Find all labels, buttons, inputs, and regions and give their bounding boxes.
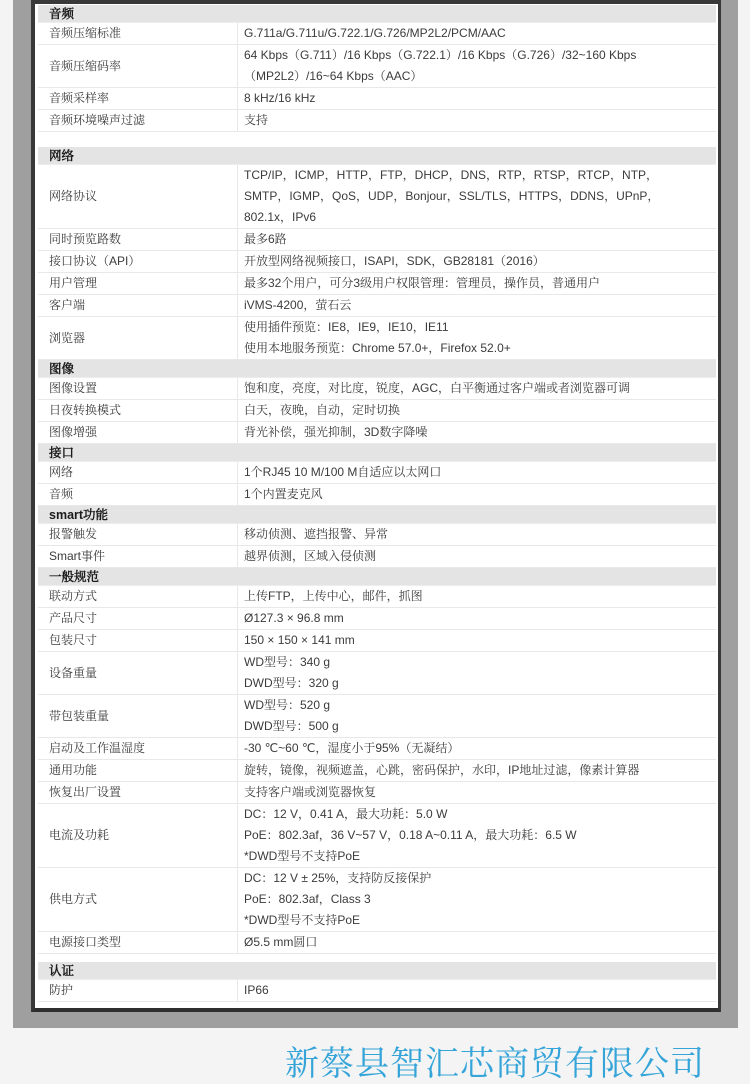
section-gap <box>38 132 716 147</box>
spec-row: 图像增强背光补偿，强光抑制，3D数字降噪 <box>38 422 716 444</box>
row-label-text: 图像设置 <box>49 378 97 399</box>
section-title: 音频 <box>49 6 74 22</box>
row-label: 启动及工作温湿度 <box>38 738 238 759</box>
spec-row: 通用功能旋转，镜像，视频遮盖，心跳，密码保护，水印，IP地址过滤，像素计算器 <box>38 760 716 782</box>
row-label: 网络协议 <box>38 165 238 228</box>
spec-row: 网络协议TCP/IP，ICMP，HTTP，FTP，DHCP，DNS，RTP，RT… <box>38 165 716 229</box>
row-value-text: WD型号：340 g DWD型号：320 g <box>244 652 339 694</box>
row-label-text: 音频 <box>49 484 73 505</box>
page: { "colors": { "mat_gray": "#9f9f9f", "fr… <box>0 0 750 1084</box>
row-label: 设备重量 <box>38 652 238 694</box>
row-value: G.711a/G.711u/G.722.1/G.726/MP2L2/PCM/AA… <box>238 23 716 44</box>
row-value-text: DC：12 V，0.41 A，最大功耗：5.0 W PoE：802.3af，36… <box>244 804 577 867</box>
section-gap <box>38 954 716 962</box>
spec-row: 电源接口类型Ø5.5 mm圆口 <box>38 932 716 954</box>
row-label: 日夜转换模式 <box>38 400 238 421</box>
row-label-text: 网络 <box>49 462 73 483</box>
row-value-text: -30 ℃~60 ℃，湿度小于95%（无凝结） <box>244 738 459 759</box>
row-value-text: 1个内置麦克风 <box>244 484 323 505</box>
spec-row: 音频压缩码率64 Kbps（G.711）/16 Kbps（G.722.1）/16… <box>38 45 716 88</box>
row-label-text: 联动方式 <box>49 586 97 607</box>
row-value: 最多32个用户，可分3级用户权限管理：管理员，操作员，普通用户 <box>238 273 716 294</box>
row-label-text: 恢复出厂设置 <box>49 782 121 803</box>
spec-row: 启动及工作温湿度-30 ℃~60 ℃，湿度小于95%（无凝结） <box>38 738 716 760</box>
row-label-text: 同时预览路数 <box>49 229 121 250</box>
row-label: Smart事件 <box>38 546 238 567</box>
spec-row: 带包装重量WD型号：520 g DWD型号：500 g <box>38 695 716 738</box>
row-label: 联动方式 <box>38 586 238 607</box>
row-value: 越界侦测，区域入侵侦测 <box>238 546 716 567</box>
row-label-text: 产品尺寸 <box>49 608 97 629</box>
spec-row: 客户端iVMS-4200，萤石云 <box>38 295 716 317</box>
section-title: 认证 <box>49 963 74 979</box>
row-label-text: 报警触发 <box>49 524 97 545</box>
row-value-text: 白天，夜晚，自动，定时切换 <box>244 400 400 421</box>
company-name: 新蔡县智汇芯商贸有限公司 <box>285 1036 705 1084</box>
row-value: Ø5.5 mm圆口 <box>238 932 716 953</box>
row-label-text: 客户端 <box>49 295 85 316</box>
row-label: 通用功能 <box>38 760 238 781</box>
row-value-text: Ø127.3 × 96.8 mm <box>244 608 344 629</box>
row-value-text: DC：12 V ± 25%，支持防反接保护 PoE：802.3af，Class … <box>244 868 431 931</box>
row-value-text: 150 × 150 × 141 mm <box>244 630 355 651</box>
row-value-text: 64 Kbps（G.711）/16 Kbps（G.722.1）/16 Kbps（… <box>244 45 702 87</box>
row-label-text: 音频压缩码率 <box>49 56 121 77</box>
spec-row: 恢复出厂设置支持客户端或浏览器恢复 <box>38 782 716 804</box>
row-value: 上传FTP，上传中心，邮件，抓图 <box>238 586 716 607</box>
row-value-text: 支持 <box>244 110 268 131</box>
row-value: 8 kHz/16 kHz <box>238 88 716 109</box>
row-label-text: 浏览器 <box>49 328 85 349</box>
row-label: 带包装重量 <box>38 695 238 737</box>
spec-row: 图像设置饱和度，亮度，对比度，锐度，AGC，白平衡通过客户端或者浏览器可调 <box>38 378 716 400</box>
row-value: iVMS-4200，萤石云 <box>238 295 716 316</box>
row-value: -30 ℃~60 ℃，湿度小于95%（无凝结） <box>238 738 716 759</box>
spec-sheet-content: 音频音频压缩标准G.711a/G.711u/G.722.1/G.726/MP2L… <box>35 4 718 1002</box>
row-label: 音频 <box>38 484 238 505</box>
spec-table: 音频音频压缩标准G.711a/G.711u/G.722.1/G.726/MP2L… <box>38 5 716 1002</box>
row-value: 背光补偿，强光抑制，3D数字降噪 <box>238 422 716 443</box>
row-label: 音频环境噪声过滤 <box>38 110 238 131</box>
section-title: 网络 <box>49 148 74 164</box>
row-label-text: 启动及工作温湿度 <box>49 738 145 759</box>
row-label-text: 接口协议（API） <box>49 251 140 272</box>
row-value: 最多6路 <box>238 229 716 250</box>
row-label: 防护 <box>38 980 238 1001</box>
row-label: 接口协议（API） <box>38 251 238 272</box>
row-value-text: 使用插件预览：IE8，IE9，IE10，IE11 使用本地服务预览：Chrome… <box>244 317 511 359</box>
row-value: WD型号：520 g DWD型号：500 g <box>238 695 716 737</box>
row-label: 客户端 <box>38 295 238 316</box>
spec-sheet-panel: 音频音频压缩标准G.711a/G.711u/G.722.1/G.726/MP2L… <box>31 0 721 1012</box>
spec-row: 防护IP66 <box>38 980 716 1002</box>
row-label: 报警触发 <box>38 524 238 545</box>
row-value-text: 背光补偿，强光抑制，3D数字降噪 <box>244 422 427 443</box>
row-value-text: G.711a/G.711u/G.722.1/G.726/MP2L2/PCM/AA… <box>244 23 506 44</box>
row-value: 1个RJ45 10 M/100 M自适应以太网口 <box>238 462 716 483</box>
section-title: smart功能 <box>49 507 108 523</box>
spec-row: 接口协议（API）开放型网络视频接口，ISAPI，SDK，GB28181（201… <box>38 251 716 273</box>
row-value-text: IP66 <box>244 980 269 1001</box>
row-value: 支持客户端或浏览器恢复 <box>238 782 716 803</box>
row-label-text: 音频采样率 <box>49 88 109 109</box>
row-label: 图像增强 <box>38 422 238 443</box>
row-label-text: Smart事件 <box>49 546 105 567</box>
row-value-text: 上传FTP，上传中心，邮件，抓图 <box>244 586 423 607</box>
spec-row: 音频1个内置麦克风 <box>38 484 716 506</box>
section-header: 一般规范 <box>38 568 716 586</box>
row-value: IP66 <box>238 980 716 1001</box>
row-label: 网络 <box>38 462 238 483</box>
row-label-text: 电流及功耗 <box>49 825 109 846</box>
row-label: 用户管理 <box>38 273 238 294</box>
row-value-text: 开放型网络视频接口，ISAPI，SDK，GB28181（2016） <box>244 251 545 272</box>
row-label-text: 设备重量 <box>49 663 97 684</box>
spec-row: 日夜转换模式白天，夜晚，自动，定时切换 <box>38 400 716 422</box>
row-label-text: 带包装重量 <box>49 706 109 727</box>
row-label: 音频采样率 <box>38 88 238 109</box>
section-header: 图像 <box>38 360 716 378</box>
footer: 新蔡县智汇芯商贸有限公司 <box>0 1028 750 1084</box>
row-label: 电源接口类型 <box>38 932 238 953</box>
section-title: 接口 <box>49 445 74 461</box>
row-value: 支持 <box>238 110 716 131</box>
row-value-text: 饱和度，亮度，对比度，锐度，AGC，白平衡通过客户端或者浏览器可调 <box>244 378 630 399</box>
spec-row: 电流及功耗DC：12 V，0.41 A，最大功耗：5.0 W PoE：802.3… <box>38 804 716 868</box>
section-title: 一般规范 <box>49 569 99 585</box>
row-value-text: 旋转，镜像，视频遮盖，心跳，密码保护，水印，IP地址过滤，像素计算器 <box>244 760 639 781</box>
row-value: Ø127.3 × 96.8 mm <box>238 608 716 629</box>
row-value: 64 Kbps（G.711）/16 Kbps（G.722.1）/16 Kbps（… <box>238 45 716 87</box>
row-label-text: 音频环境噪声过滤 <box>49 110 145 131</box>
row-label-text: 图像增强 <box>49 422 97 443</box>
spec-row: 同时预览路数最多6路 <box>38 229 716 251</box>
spec-row: 包装尺寸150 × 150 × 141 mm <box>38 630 716 652</box>
spec-row: 音频环境噪声过滤支持 <box>38 110 716 132</box>
row-value-text: 支持客户端或浏览器恢复 <box>244 782 376 803</box>
section-title: 图像 <box>49 361 74 377</box>
row-value-text: 8 kHz/16 kHz <box>244 88 315 109</box>
spec-row: 音频压缩标准G.711a/G.711u/G.722.1/G.726/MP2L2/… <box>38 23 716 45</box>
spec-row: 网络1个RJ45 10 M/100 M自适应以太网口 <box>38 462 716 484</box>
row-value: 1个内置麦克风 <box>238 484 716 505</box>
row-label-text: 用户管理 <box>49 273 97 294</box>
spec-row: 设备重量WD型号：340 g DWD型号：320 g <box>38 652 716 695</box>
row-label: 图像设置 <box>38 378 238 399</box>
row-value-text: 1个RJ45 10 M/100 M自适应以太网口 <box>244 462 441 483</box>
row-label-text: 包装尺寸 <box>49 630 97 651</box>
section-header: smart功能 <box>38 506 716 524</box>
row-label: 恢复出厂设置 <box>38 782 238 803</box>
row-value-text: Ø5.5 mm圆口 <box>244 932 317 953</box>
spec-row: 音频采样率8 kHz/16 kHz <box>38 88 716 110</box>
row-value: DC：12 V，0.41 A，最大功耗：5.0 W PoE：802.3af，36… <box>238 804 716 867</box>
row-label-text: 通用功能 <box>49 760 97 781</box>
row-value-text: iVMS-4200，萤石云 <box>244 295 351 316</box>
row-value: TCP/IP，ICMP，HTTP，FTP，DHCP，DNS，RTP，RTSP，R… <box>238 165 716 228</box>
row-label: 产品尺寸 <box>38 608 238 629</box>
row-label: 浏览器 <box>38 317 238 359</box>
row-value-text: 最多6路 <box>244 229 287 250</box>
section-header: 认证 <box>38 962 716 980</box>
row-label: 音频压缩标准 <box>38 23 238 44</box>
spec-row: 报警触发移动侦测、遮挡报警、异常 <box>38 524 716 546</box>
row-label: 供电方式 <box>38 868 238 931</box>
row-label-text: 电源接口类型 <box>49 932 121 953</box>
spec-row: 产品尺寸Ø127.3 × 96.8 mm <box>38 608 716 630</box>
row-value-text: 移动侦测、遮挡报警、异常 <box>244 524 388 545</box>
row-label: 音频压缩码率 <box>38 45 238 87</box>
row-value: 150 × 150 × 141 mm <box>238 630 716 651</box>
section-header: 网络 <box>38 147 716 165</box>
row-label-text: 网络协议 <box>49 186 97 207</box>
row-label: 包装尺寸 <box>38 630 238 651</box>
row-value: 旋转，镜像，视频遮盖，心跳，密码保护，水印，IP地址过滤，像素计算器 <box>238 760 716 781</box>
row-value: 使用插件预览：IE8，IE9，IE10，IE11 使用本地服务预览：Chrome… <box>238 317 716 359</box>
row-value-text: 最多32个用户，可分3级用户权限管理：管理员，操作员，普通用户 <box>244 273 600 294</box>
spec-row: 浏览器使用插件预览：IE8，IE9，IE10，IE11 使用本地服务预览：Chr… <box>38 317 716 360</box>
spec-row: Smart事件越界侦测，区域入侵侦测 <box>38 546 716 568</box>
spec-row: 用户管理最多32个用户，可分3级用户权限管理：管理员，操作员，普通用户 <box>38 273 716 295</box>
row-label-text: 防护 <box>49 980 73 1001</box>
row-label-text: 日夜转换模式 <box>49 400 121 421</box>
row-value-text: WD型号：520 g DWD型号：500 g <box>244 695 339 737</box>
row-value-text: 越界侦测，区域入侵侦测 <box>244 546 376 567</box>
section-header: 接口 <box>38 444 716 462</box>
section-header: 音频 <box>38 5 716 23</box>
spec-row: 供电方式DC：12 V ± 25%，支持防反接保护 PoE：802.3af，Cl… <box>38 868 716 932</box>
row-value: 白天，夜晚，自动，定时切换 <box>238 400 716 421</box>
row-value: 饱和度，亮度，对比度，锐度，AGC，白平衡通过客户端或者浏览器可调 <box>238 378 716 399</box>
row-value: 开放型网络视频接口，ISAPI，SDK，GB28181（2016） <box>238 251 716 272</box>
row-label: 同时预览路数 <box>38 229 238 250</box>
row-value: 移动侦测、遮挡报警、异常 <box>238 524 716 545</box>
row-label-text: 供电方式 <box>49 889 97 910</box>
spec-row: 联动方式上传FTP，上传中心，邮件，抓图 <box>38 586 716 608</box>
row-value-text: TCP/IP，ICMP，HTTP，FTP，DHCP，DNS，RTP，RTSP，R… <box>244 165 702 228</box>
row-value: DC：12 V ± 25%，支持防反接保护 PoE：802.3af，Class … <box>238 868 716 931</box>
row-label: 电流及功耗 <box>38 804 238 867</box>
row-label-text: 音频压缩标准 <box>49 23 121 44</box>
row-value: WD型号：340 g DWD型号：320 g <box>238 652 716 694</box>
